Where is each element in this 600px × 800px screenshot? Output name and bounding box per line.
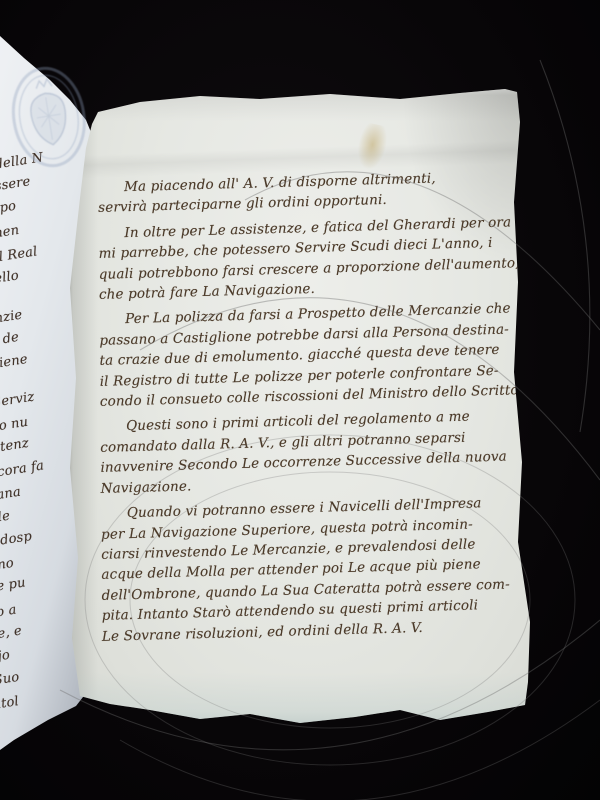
paragraph: Ma piacendo all' A. V. di disporne altri…: [98, 174, 534, 219]
paragraph: Per La polizza da farsi a Prospetto dell…: [99, 307, 536, 413]
seal-stamp-icon: [2, 59, 96, 178]
paragraph: In oltre per Le assistenze, e fatica del…: [98, 220, 535, 305]
manuscript-page: Ma piacendo all' A. V. di disporne altri…: [58, 82, 560, 738]
paragraph: Quando vi potranno essere i Navicelli de…: [101, 500, 538, 647]
paragraph: Questi sono i primi articoli del regolam…: [100, 414, 537, 499]
manuscript-photo: diritti della N rebbe essere già a propo…: [0, 0, 600, 800]
manuscript-text: Ma piacendo all' A. V. di disporne altri…: [98, 174, 538, 652]
